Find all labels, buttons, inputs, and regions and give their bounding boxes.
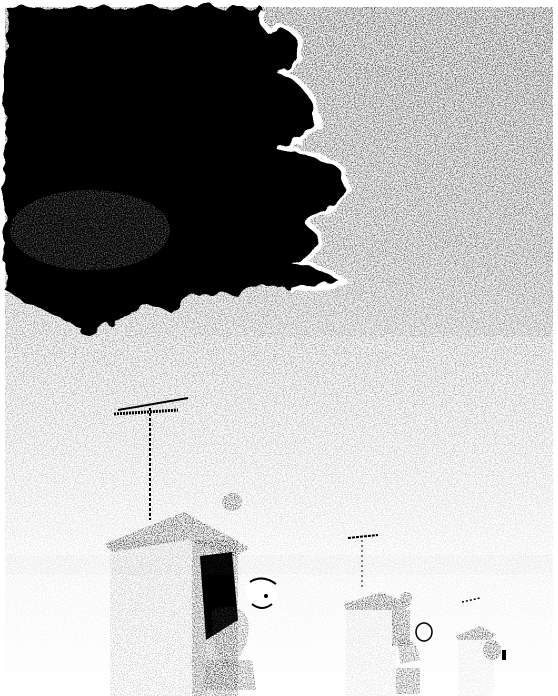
photograph (0, 0, 558, 696)
cloud-texture (10, 190, 170, 270)
horizon-haze (5, 555, 553, 575)
